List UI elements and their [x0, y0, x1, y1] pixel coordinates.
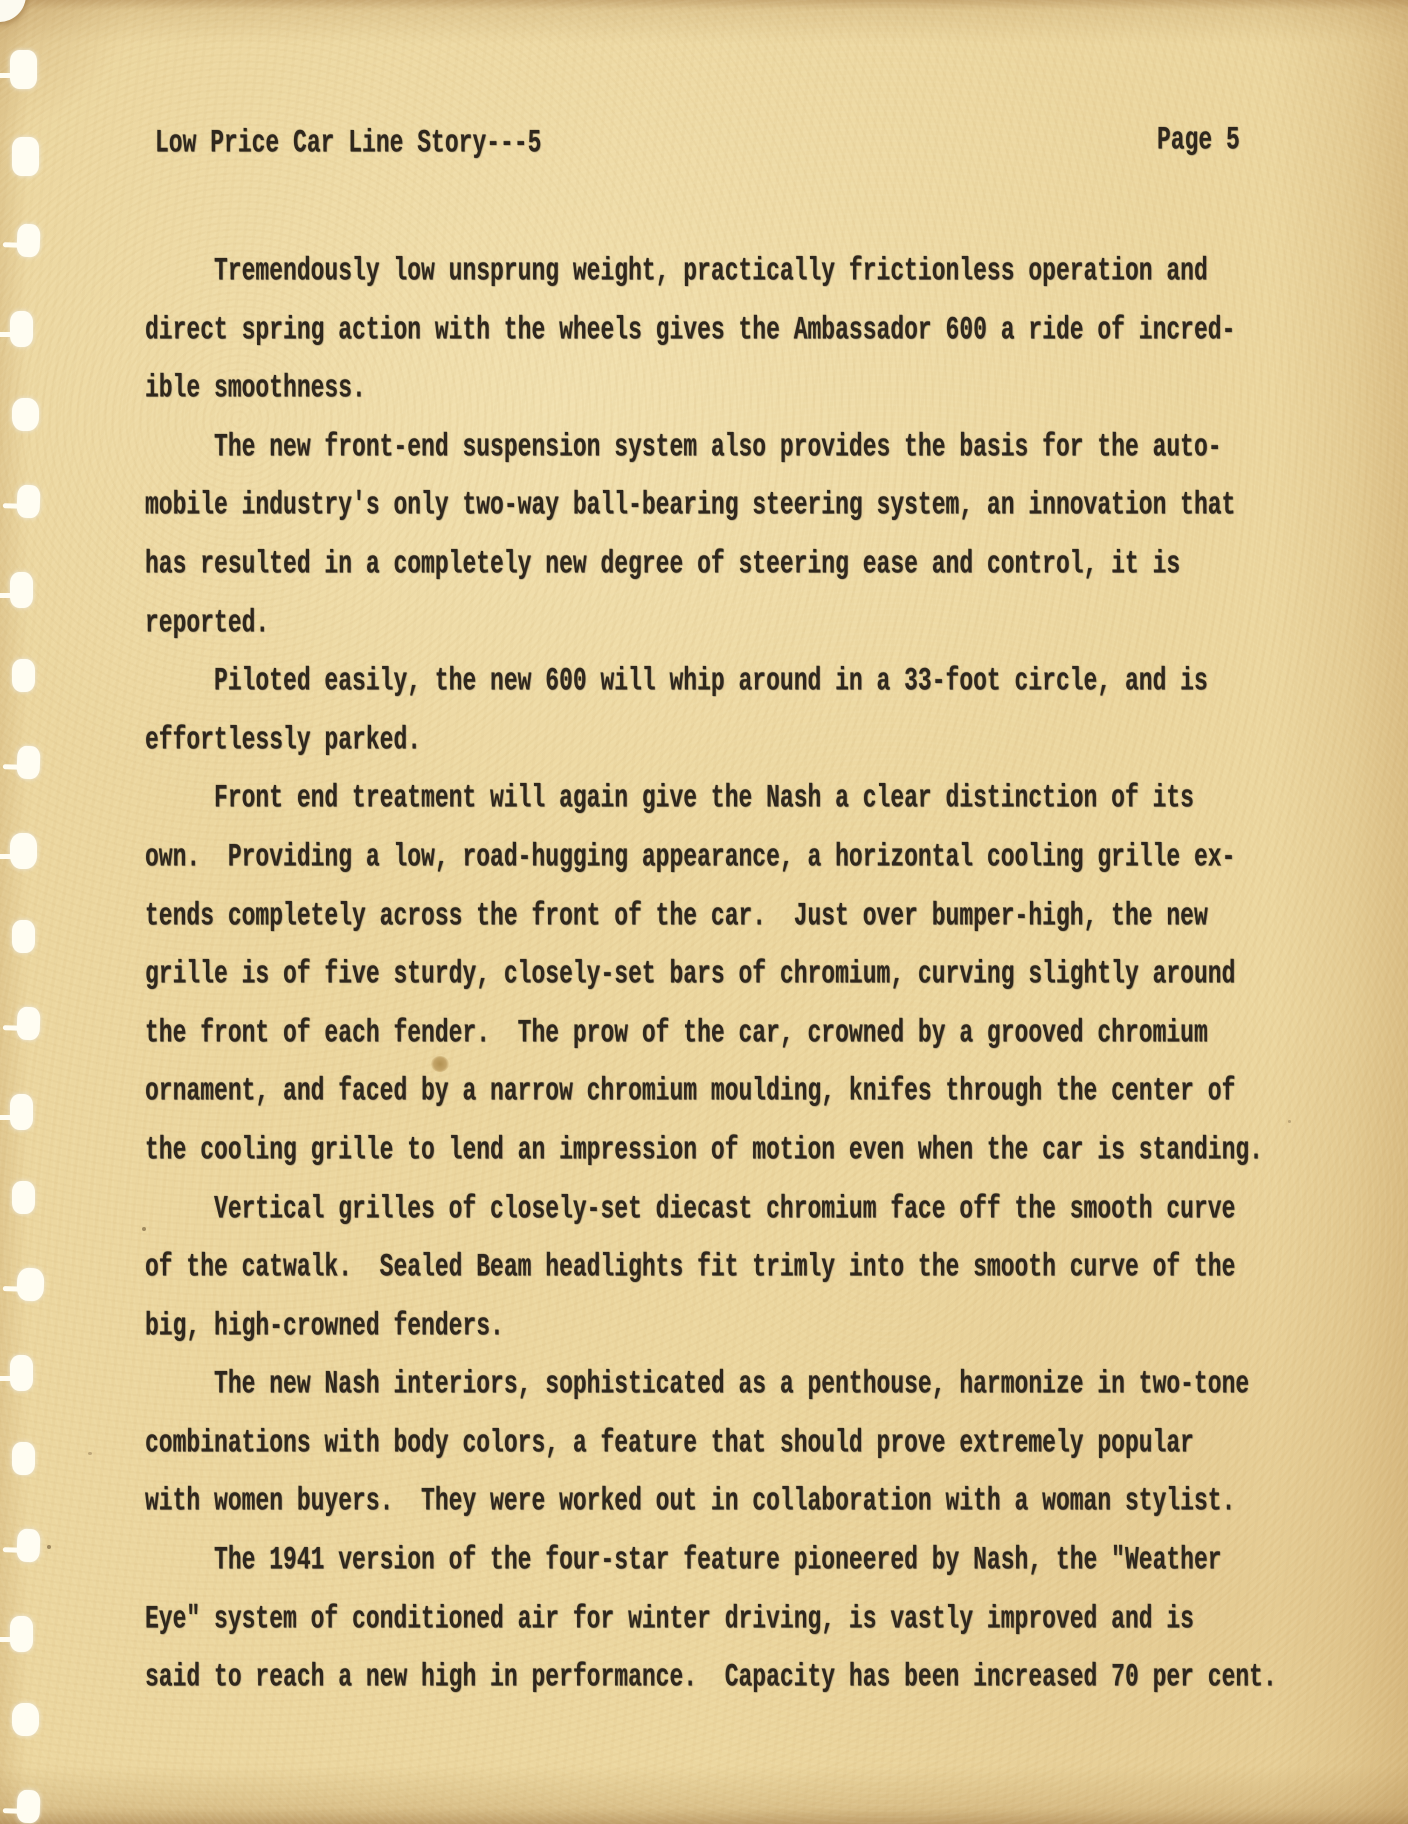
binding-hole: [16, 224, 40, 258]
scanned-page: Low Price Car Line Story---5 Page 5 Trem…: [0, 0, 1408, 1824]
document-header-title: Low Price Car Line Story---5: [155, 102, 541, 185]
binding-hole: [16, 746, 40, 780]
binding-hole: [16, 485, 40, 519]
binding-hole: [10, 833, 37, 869]
binding-hole: [16, 1007, 40, 1041]
paper-speck: [88, 1452, 92, 1455]
binding-hole: [12, 1442, 35, 1475]
binding-hole: [12, 920, 35, 953]
paper-speck: [47, 1545, 51, 1549]
binding-hole: [16, 1790, 40, 1824]
binding-hole: [10, 572, 33, 608]
binding-hole: [10, 1355, 33, 1391]
paper-speck: [142, 1227, 146, 1231]
binding-hole: [12, 137, 39, 176]
binding-hole: [10, 311, 33, 347]
binding-hole: [16, 1268, 44, 1302]
binding-hole: [10, 1094, 33, 1130]
binding-hole: [16, 1529, 40, 1563]
binding-hole: [12, 1703, 39, 1736]
binding-hole: [12, 659, 35, 692]
binding-hole: [10, 1616, 33, 1652]
binding-hole: [12, 1181, 35, 1214]
document-body: Tremendously low unsprung weight, practi…: [145, 242, 1277, 1707]
text-line: said to reach a new high in performance.…: [145, 1636, 1277, 1719]
page-corner-tear: [0, 0, 26, 22]
page-number: Page 5: [1157, 99, 1240, 182]
paper-speck: [1288, 1120, 1291, 1123]
binding-hole: [12, 398, 39, 431]
binding-hole: [10, 50, 37, 89]
